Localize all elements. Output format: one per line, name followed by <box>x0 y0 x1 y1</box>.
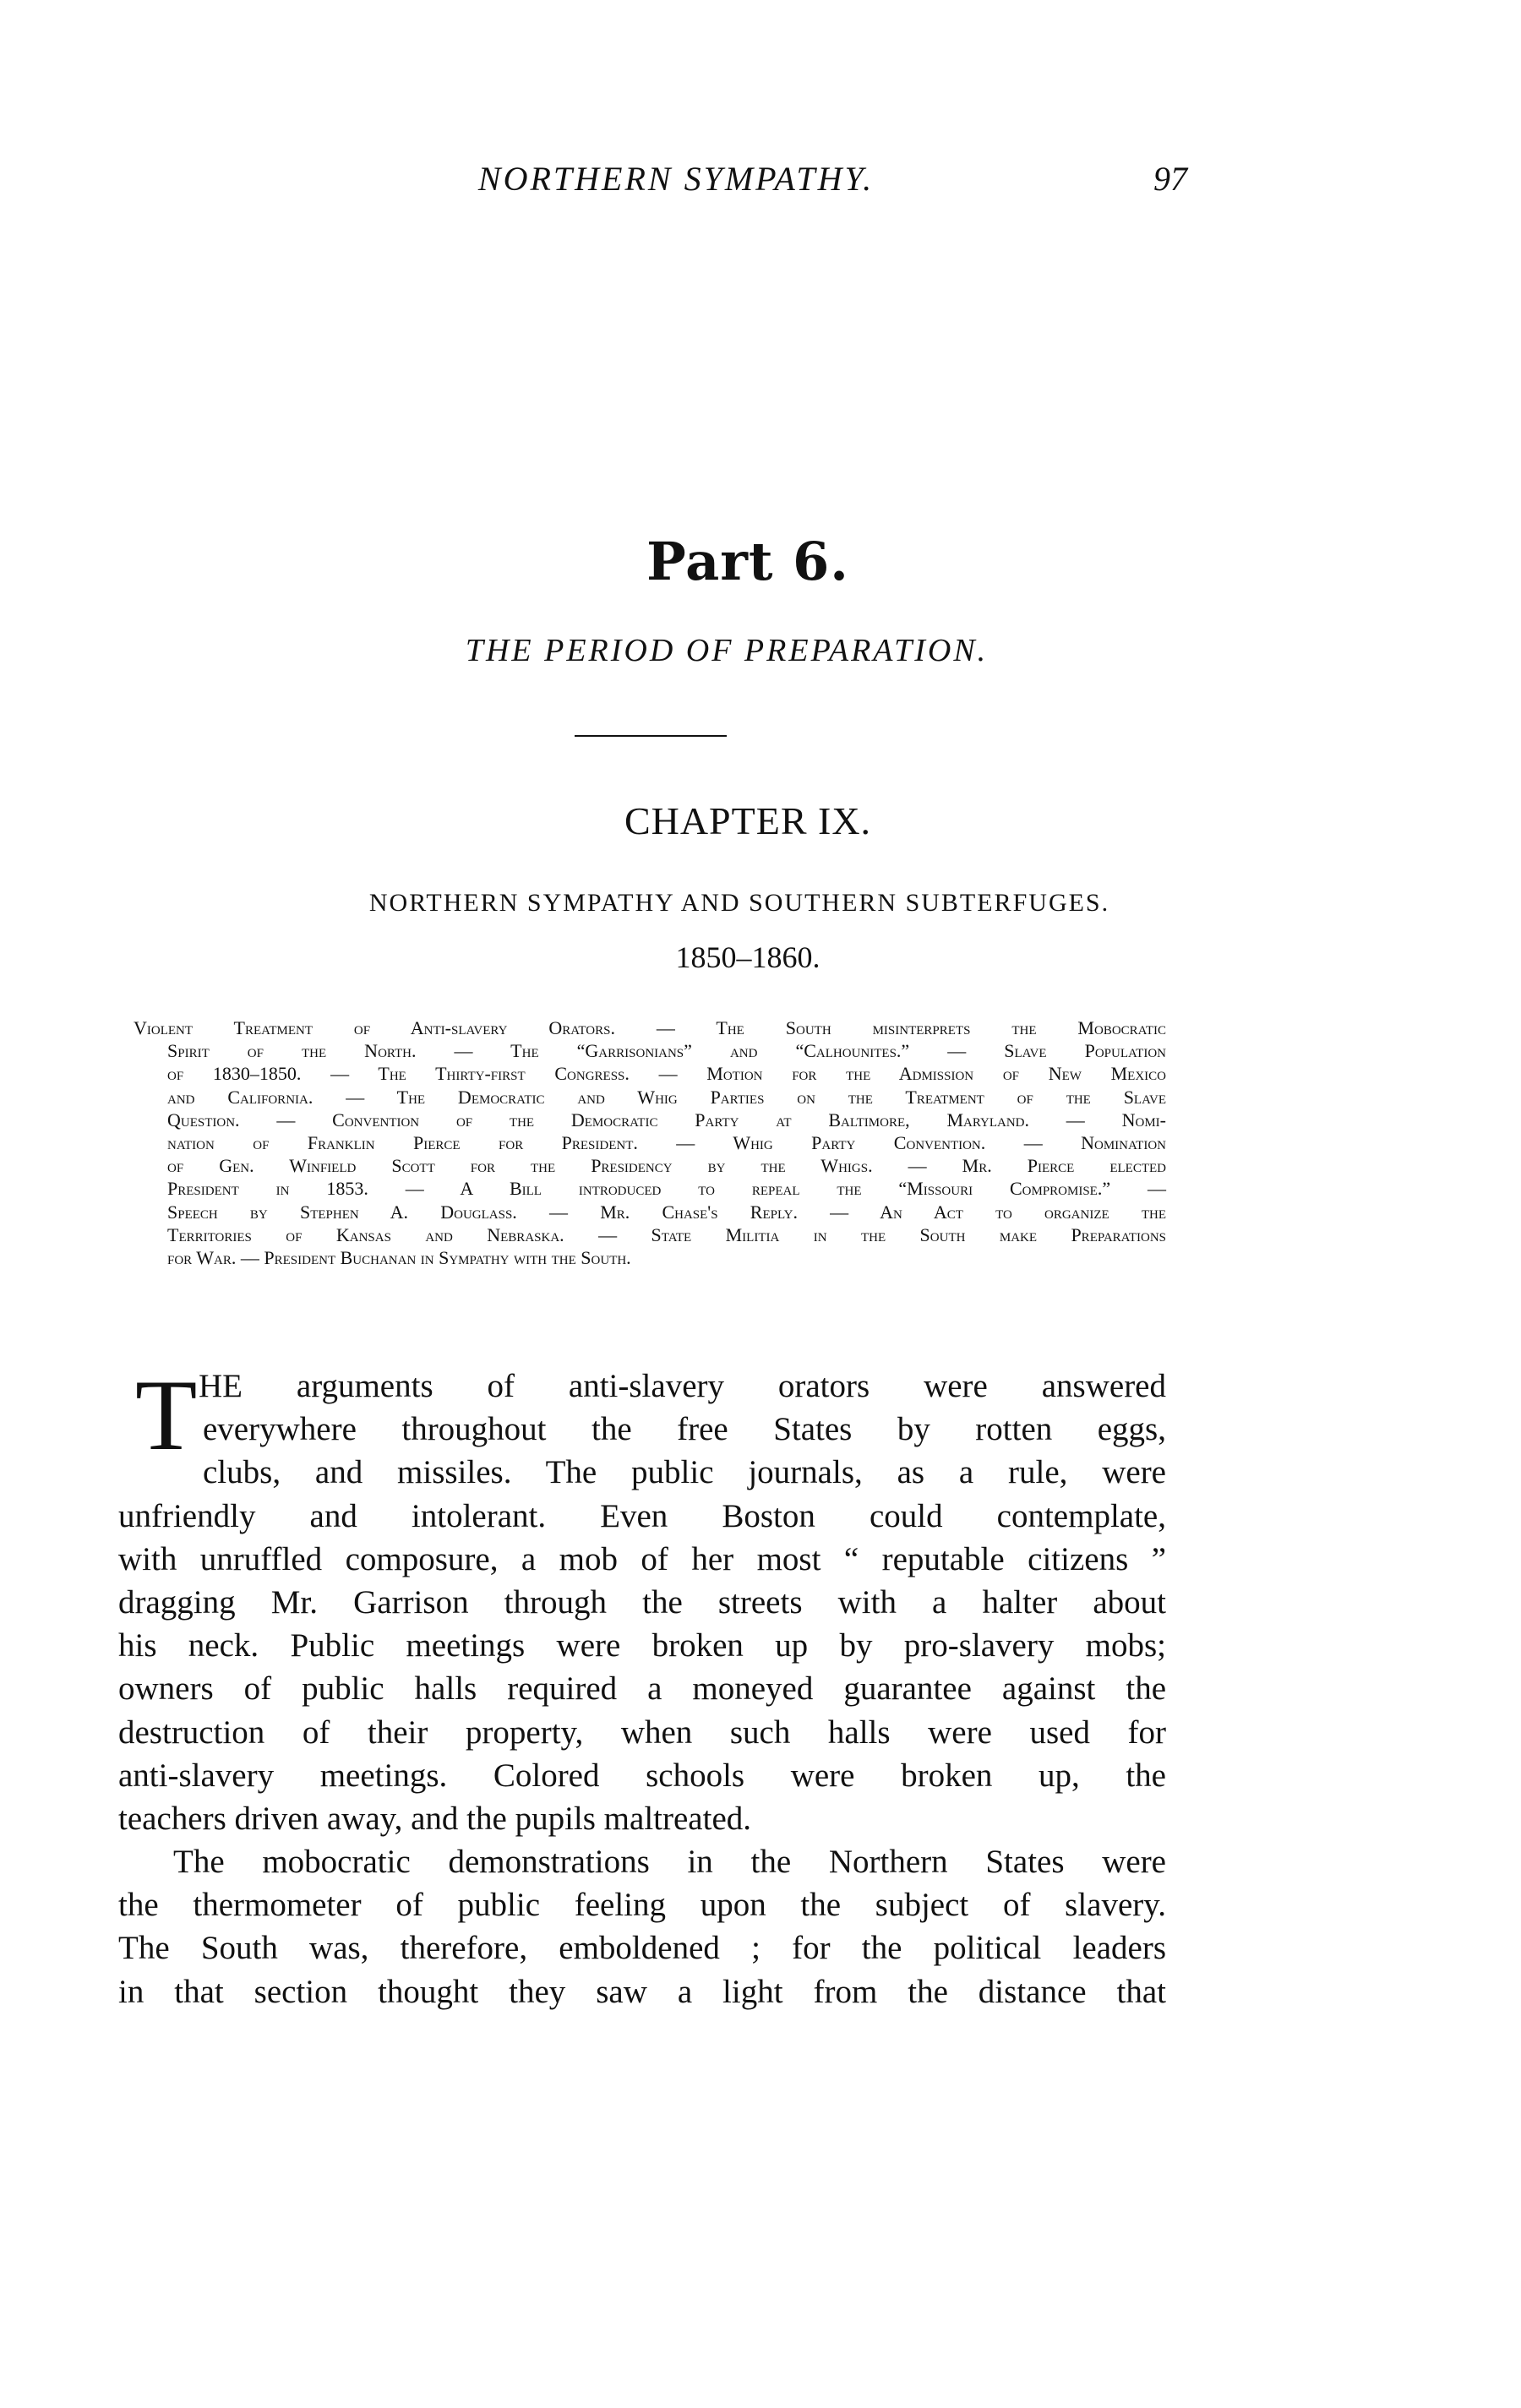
synopsis-line: of 1830–1850. — The Thirty-first Congres… <box>167 1062 1166 1085</box>
chapter-subtitle: NORTHERN SYMPATHY AND SOUTHERN SUBTERFUG… <box>0 889 1521 918</box>
chapter-heading: CHAPTER IX. <box>0 798 1521 843</box>
body-line: clubs, and missiles. The public journals… <box>203 1451 1166 1494</box>
body-line: his neck. Public meetings were broken up… <box>118 1624 1166 1667</box>
section-divider-rule <box>575 735 727 737</box>
synopsis-line: Territories of Kansas and Nebraska. — St… <box>167 1223 1166 1246</box>
chapter-dates-text: 1850–1860. <box>676 940 820 975</box>
part-subtitle-text: THE PERIOD OF PREPARATION. <box>466 632 988 669</box>
part-title-text: Part 6. <box>646 531 849 592</box>
synopsis-line: nation of Franklin Pierce for President.… <box>167 1131 1166 1154</box>
body-line: HE arguments of anti-slavery orators wer… <box>199 1365 1166 1408</box>
part-subtitle: THE PERIOD OF PREPARATION. <box>0 632 1521 669</box>
synopsis-line: and California. — The Democratic and Whi… <box>167 1086 1166 1109</box>
running-head-title: NORTHERN SYMPATHY. <box>389 159 963 199</box>
body-line: teachers driven away, and the pupils mal… <box>118 1797 1166 1840</box>
synopsis-line: Question. — Convention of the Democratic… <box>167 1109 1166 1131</box>
page-number: 97 <box>1153 159 1187 199</box>
body-line: the thermometer of public feeling upon t… <box>118 1883 1166 1926</box>
synopsis-line: Spirit of the North. — The “Garrisonians… <box>167 1039 1166 1062</box>
synopsis-line: of Gen. Winfield Scott for the Presidenc… <box>167 1154 1166 1177</box>
part-title: Part 6. <box>0 531 1521 592</box>
body-line: dragging Mr. Garrison through the street… <box>118 1581 1166 1624</box>
chapter-title-text: NORTHERN SYMPATHY AND SOUTHERN SUBTERFUG… <box>369 889 1109 918</box>
running-head: NORTHERN SYMPATHY. 97 <box>0 159 1521 201</box>
body-text: HE arguments of anti-slavery orators wer… <box>118 1365 1166 2013</box>
body-line: The South was, therefore, emboldened ; f… <box>118 1926 1166 1969</box>
body-line: owners of public halls required a moneye… <box>118 1667 1166 1710</box>
body-line: unfriendly and intolerant. Even Boston c… <box>118 1495 1166 1538</box>
synopsis-line: for War. — President Buchanan in Sympath… <box>167 1246 1166 1269</box>
body-line: The mobocratic demonstrations in the Nor… <box>173 1840 1166 1883</box>
synopsis-line: Speech by Stephen A. Douglass. — Mr. Cha… <box>167 1201 1166 1223</box>
chapter-dates: 1850–1860. <box>0 940 1521 975</box>
body-line: with unruffled composure, a mob of her m… <box>118 1538 1166 1581</box>
chapter-synopsis: Violent Treatment of Anti-slavery Orator… <box>134 1016 1166 1269</box>
synopsis-line: President in 1853. — A Bill introduced t… <box>167 1177 1166 1200</box>
synopsis-line: Violent Treatment of Anti-slavery Orator… <box>134 1016 1166 1039</box>
chapter-number: CHAPTER IX. <box>624 798 871 843</box>
body-line: anti-slavery meetings. Colored schools w… <box>118 1754 1166 1797</box>
body-line: everywhere throughout the free States by… <box>203 1408 1166 1451</box>
body-line: destruction of their property, when such… <box>118 1711 1166 1754</box>
body-line: in that section thought they saw a light… <box>118 1970 1166 2013</box>
